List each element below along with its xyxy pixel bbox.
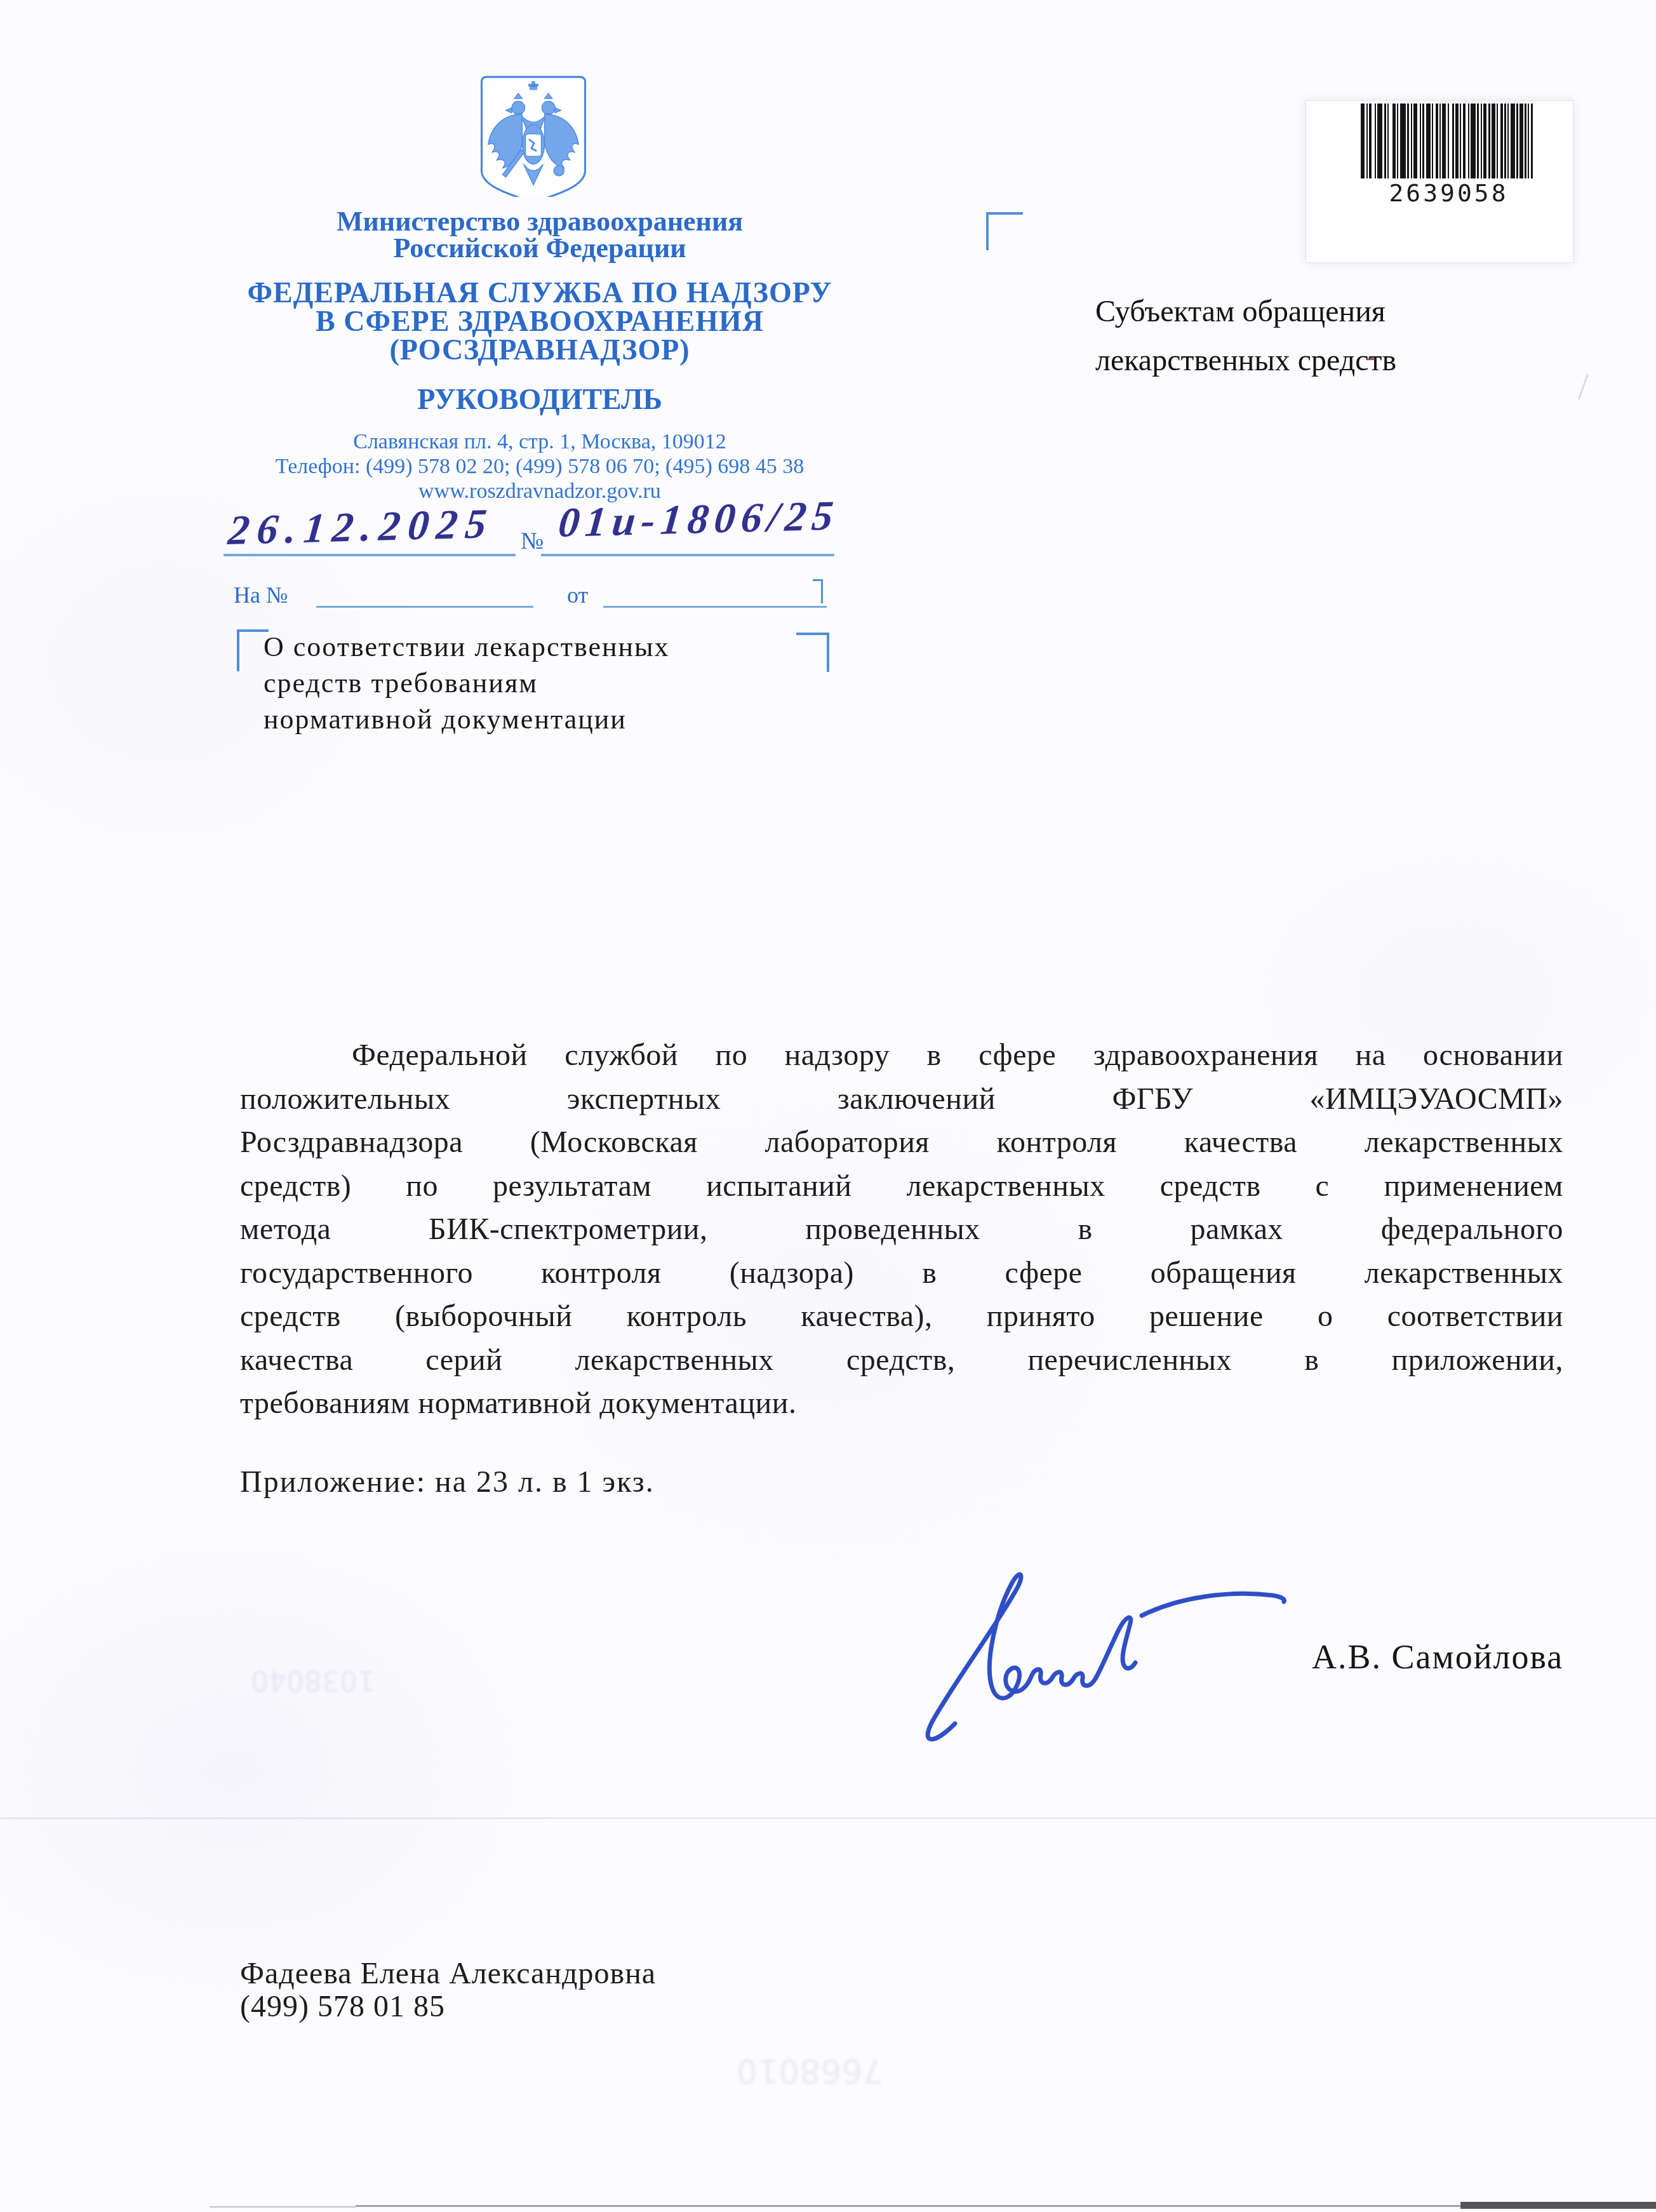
- service-name: ФЕДЕРАЛЬНАЯ СЛУЖБА ПО НАДЗОРУ В СФЕРЕ ЗД…: [222, 278, 857, 364]
- postal-address: Славянская пл. 4, стр. 1, Москва, 109012: [159, 429, 921, 454]
- number-underline: [541, 554, 834, 556]
- addressee-line-2: лекарственных средств: [1095, 336, 1451, 385]
- reply-date-label: от: [567, 582, 588, 608]
- executor-name: Фадеева Елена Александровна: [240, 1957, 656, 1990]
- scan-edge-artifact: [210, 2206, 356, 2208]
- body-line: качества серий лекарственных средств, пе…: [240, 1339, 1563, 1383]
- ministry-line-2: Российской Федерации: [254, 235, 825, 262]
- signer-name: А.В. Самойлова: [1312, 1637, 1563, 1677]
- addressee-corner-bracket-vertical: [986, 212, 989, 250]
- subject-right-bracket-horizontal: [796, 633, 829, 635]
- scanned-letter-page: Министерство здравоохранения Российской …: [0, 0, 1656, 2212]
- subject-right-bracket-vertical: [827, 633, 829, 672]
- fold-line: [0, 1818, 1656, 1819]
- service-line-1: ФЕДЕРАЛЬНАЯ СЛУЖБА ПО НАДЗОРУ: [222, 278, 857, 307]
- barcode-icon: [1361, 104, 1537, 178]
- addressee-line-1: Субъектам обращения: [1095, 287, 1451, 336]
- stray-pen-mark: -: [1366, 340, 1376, 373]
- ministry-line-1: Министерство здравоохранения: [254, 208, 825, 235]
- bleed-through-ghost-text: 7668010: [737, 2051, 884, 2089]
- number-sign: №: [521, 527, 544, 555]
- position-title: РУКОВОДИТЕЛЬ: [254, 382, 825, 416]
- coat-of-arms-icon: [477, 74, 589, 197]
- scan-edge-artifact: [1460, 2202, 1656, 2209]
- scan-fleck: [1578, 374, 1589, 399]
- bleed-through-ghost-text: 1038040: [251, 1664, 375, 1696]
- body-line: средств (выборочный контроль качества), …: [240, 1295, 1563, 1339]
- handwritten-outgoing-number: 01и-1806/25: [556, 492, 841, 547]
- executor-block: Фадеева Елена Александровна (499) 578 01…: [240, 1957, 656, 2023]
- subject-line-1: О соответствии лекарственных: [264, 629, 746, 665]
- service-line-3: (РОСЗДРАВНАДЗОР): [222, 335, 857, 364]
- ministry-name: Министерство здравоохранения Российской …: [254, 208, 825, 262]
- handwritten-date: 26.12.2025: [226, 500, 497, 555]
- service-line-2: В СФЕРЕ ЗДРАВООХРАНЕНИЯ: [222, 307, 857, 335]
- body-line: Федеральной службой по надзору в сфере з…: [240, 1034, 1563, 1078]
- attachment-line: Приложение: на 23 л. в 1 экз.: [240, 1465, 655, 1499]
- subject-left-bracket-vertical: [237, 629, 239, 671]
- barcode-number: 2639058: [1354, 179, 1543, 207]
- subject-line-2: средств требованиям: [264, 665, 746, 701]
- body-line: требованиям нормативной документации.: [240, 1382, 1563, 1426]
- reply-number-label: На №: [234, 582, 288, 608]
- body-line: положительных экспертных заключений ФГБУ…: [240, 1078, 1563, 1122]
- body-line: Росздравнадзора (Московская лаборатория …: [240, 1121, 1563, 1165]
- reply-number-underline: [316, 606, 533, 608]
- signature-icon: [913, 1557, 1370, 1754]
- addressee-block: Субъектам обращения лекарственных средст…: [1095, 287, 1451, 385]
- body-line: государственного контроля (надзора) в сф…: [240, 1252, 1563, 1296]
- executor-phone: (499) 578 01 85: [240, 1990, 656, 2023]
- body-paragraph: Федеральной службой по надзору в сфере з…: [240, 1034, 1563, 1426]
- addressee-corner-bracket-horizontal: [986, 212, 1023, 215]
- date-underline: [224, 554, 516, 556]
- subject-line-3: нормативной документации: [264, 701, 746, 737]
- reply-line-end-tick-vertical: [821, 579, 823, 603]
- phone-numbers: Телефон: (499) 578 02 20; (499) 578 06 7…: [159, 454, 921, 479]
- body-line: метода БИК-спектрометрии, проведенных в …: [240, 1208, 1563, 1252]
- body-line: средств) по результатам испытаний лекарс…: [240, 1165, 1563, 1209]
- scan-edge-artifact: [356, 2205, 1460, 2207]
- reply-date-underline: [603, 606, 827, 608]
- subject-block: О соответствии лекарственных средств тре…: [264, 629, 746, 737]
